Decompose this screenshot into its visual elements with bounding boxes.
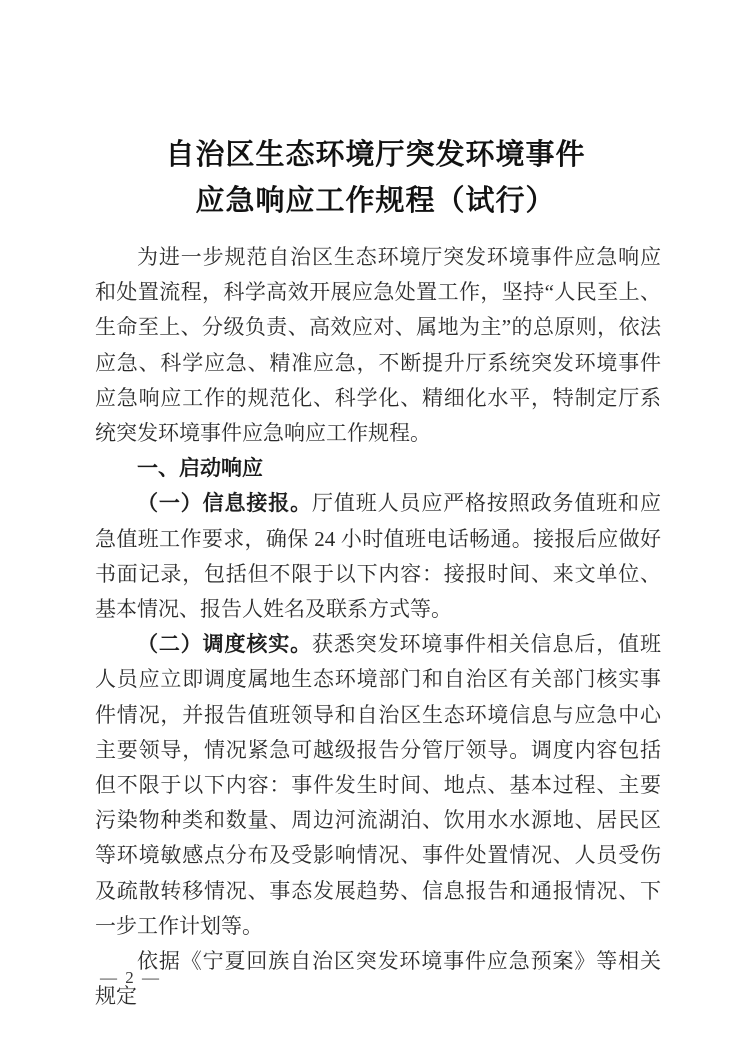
page-number: — 2 — bbox=[100, 966, 161, 990]
document-title-line-2: 应急响应工作规程（试行） bbox=[0, 178, 751, 224]
document-page: 自治区生态环境厅突发环境事件 应急响应工作规程（试行） 为进一步规范自治区生态环… bbox=[0, 0, 751, 1064]
paragraph-intro: 为进一步规范自治区生态环境厅突发环境事件应急响应和处置流程，科学高效开展应急处置… bbox=[95, 240, 661, 451]
document-title-line-1: 自治区生态环境厅突发环境事件 bbox=[0, 132, 751, 178]
document-body: 为进一步规范自治区生态环境厅突发环境事件应急响应和处置流程，科学高效开展应急处置… bbox=[95, 240, 661, 1014]
paragraph-item-1: （一）信息接报。厅值班人员应严格按照政务值班和应急值班工作要求，确保 24 小时… bbox=[95, 486, 661, 627]
paragraph-item-2: （二）调度核实。获悉突发环境事件相关信息后，值班人员应立即调度属地生态环境部门和… bbox=[95, 627, 661, 944]
item-1-label: （一）信息接报。 bbox=[137, 491, 312, 515]
document-title: 自治区生态环境厅突发环境事件 应急响应工作规程（试行） bbox=[0, 132, 751, 224]
section-heading-1: 一、启动响应 bbox=[95, 451, 661, 486]
item-2-text: 获悉突发环境事件相关信息后，值班人员应立即调度属地生态环境部门和自治区有关部门核… bbox=[95, 632, 661, 938]
paragraph-closing: 依据《宁夏回族自治区突发环境事件应急预案》等相关规定 bbox=[95, 944, 661, 1014]
item-2-label: （二）调度核实。 bbox=[137, 632, 312, 656]
